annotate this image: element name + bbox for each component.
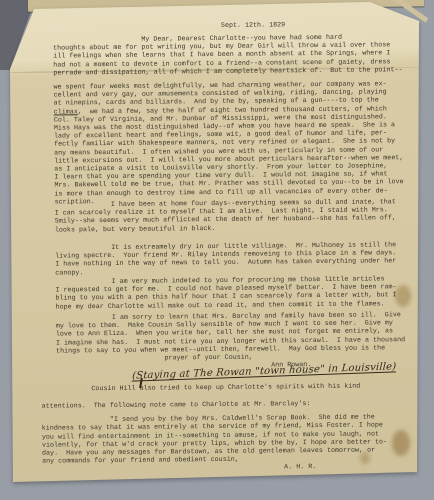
paper-sheet-wrapper: Sept. 12th. 1829 My Dear, Dearest Charlo… (0, 0, 434, 500)
narration-line-2: attentions. The following note came to C… (42, 400, 311, 411)
letter-paragraph-1: My Dear, Dearest Charlotte--you have had… (53, 33, 403, 77)
paper-sheet: Sept. 12th. 1829 My Dear, Dearest Charlo… (10, 2, 419, 482)
paragraph-2-text: , we had a few, say the half of eight tw… (54, 105, 404, 206)
narration-line-1: Cousin Hill also tried to keep up Charlo… (91, 383, 360, 394)
typed-text-layer: Sept. 12th. 1829 My Dear, Dearest Charlo… (8, 0, 422, 484)
paragraph-2-text: we spent four weeks most delightfully, w… (53, 80, 386, 108)
letter-paragraph-2: we spent four weeks most delightfully, w… (53, 80, 403, 206)
scanned-letter-photo: Sept. 12th. 1829 My Dear, Dearest Charlo… (0, 0, 434, 500)
quoted-note: "I send you by the boy Mrs. Caldwell's S… (42, 413, 388, 466)
letter-paragraph-5: I am very much indeted to you for procur… (55, 275, 396, 311)
note-signature-ahr: A. H. R. (284, 463, 316, 472)
letter-paragraph-6: I am sorry to learn that Mrs. Barclay an… (56, 311, 406, 364)
letter-paragraph-3: I have been at home four days--everythin… (55, 198, 396, 234)
letter-paragraph-4: It is extreamely dry in our little villi… (55, 241, 396, 277)
underlined-word-climax: climax (54, 108, 78, 116)
letter-date: Sept. 12th. 1829 (221, 21, 285, 30)
